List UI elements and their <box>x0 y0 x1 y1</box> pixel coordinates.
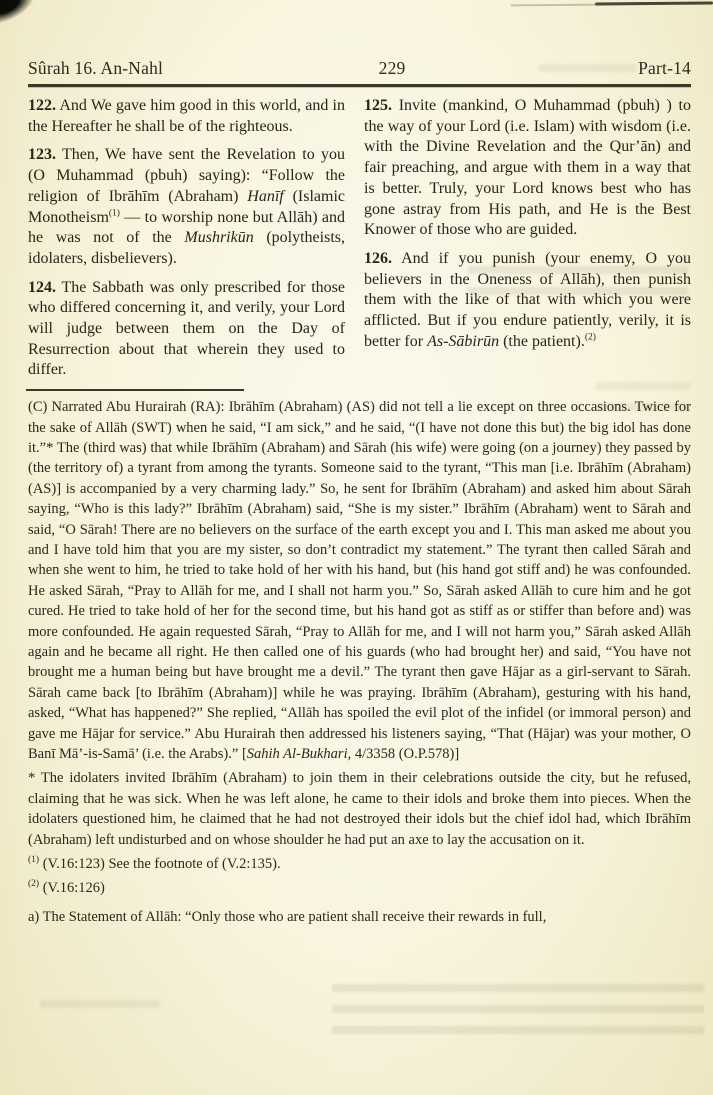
part-label: Part-14 <box>621 58 691 79</box>
footnote-a: a) The Statement of Allāh: “Only those w… <box>28 907 691 927</box>
page-header: Sûrah 16. An-Nahl 229 Part-14 <box>28 58 691 79</box>
footnote-section: (C) Narrated Abu Hurairah (RA): Ibrāhīm … <box>28 397 691 927</box>
surah-title: Sûrah 16. An-Nahl <box>28 58 163 79</box>
footnote-2: (2) (V.16:126) <box>28 878 691 898</box>
footnote-divider <box>26 389 244 391</box>
scan-corner-smudge <box>0 0 40 25</box>
bleed-through-ghost <box>40 1000 160 1016</box>
verse-125: 125. Invite (mankind, O Muhammad (pbuh) … <box>364 96 691 241</box>
page-content: Sûrah 16. An-Nahl 229 Part-14 122. And W… <box>28 58 691 931</box>
footnote-asterisk: * The idolaters invited Ibrāhīm (Abraham… <box>28 768 691 850</box>
scan-edge-line-faint <box>511 4 601 7</box>
verse-column-left: 122. And We gave him good in this world,… <box>28 96 345 381</box>
footnote-1: (1) (V.16:123) See the footnote of (V.2:… <box>28 854 691 874</box>
verse-122: 122. And We gave him good in this world,… <box>28 96 345 137</box>
verse-123: 123. Then, We have sent the Revelation t… <box>28 145 345 269</box>
verse-columns: 122. And We gave him good in this world,… <box>28 96 691 381</box>
footnote-hadith-c: (C) Narrated Abu Hurairah (RA): Ibrāhīm … <box>28 397 691 764</box>
verse-column-right: 125. Invite (mankind, O Muhammad (pbuh) … <box>364 96 691 381</box>
verse-126: 126. And if you punish (your enemy, O yo… <box>364 249 691 353</box>
verse-124: 124. The Sabbath was only prescribed for… <box>28 278 345 382</box>
bleed-through-ghost <box>332 984 704 1036</box>
page-number: 229 <box>163 58 621 79</box>
scan-edge-line <box>595 1 713 5</box>
scanned-book-page: { "colors": { "paper": "#f6f2da", "ink":… <box>0 0 713 1095</box>
header-rule <box>28 84 691 87</box>
